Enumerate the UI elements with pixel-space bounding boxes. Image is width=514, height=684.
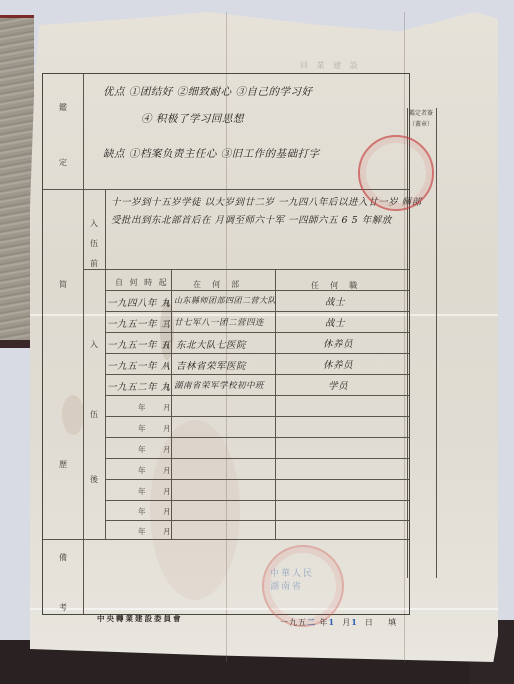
- row-start: 一九五二年 九: [107, 379, 171, 393]
- row-unit: 湖南省荣军学校初中班: [174, 379, 264, 391]
- row-unit: 山东縣师团部四团二营大队: [174, 295, 276, 306]
- appraisal-line: 缺点 ①档案负责主任心 ③旧工作的基础打字: [103, 146, 320, 161]
- book-edge: [0, 340, 30, 348]
- row-start: 一九五一年 五: [107, 337, 171, 351]
- after-enlistment-label-bottom: 後: [90, 474, 98, 485]
- appraiser-signature-header: 鑑定者簽 （蓋章）: [404, 108, 438, 130]
- after-enlistment-label-mid: 伍: [90, 409, 98, 420]
- row-position: 战士: [325, 315, 345, 329]
- column-header-unit: 在 何 部: [193, 279, 241, 290]
- row-position: 休养员: [323, 336, 353, 350]
- appraisal-line: 优点 ①团结好 ②细致耐心 ③自己的学习好: [103, 84, 313, 99]
- before-enlistment-line: 受批出到东北部首后在 月调至师六十军 一四師六五 6 5 年解放: [111, 212, 392, 226]
- appraisal-line: ④ 积极了学习回思想: [141, 111, 244, 126]
- history-label-top: 简: [59, 279, 67, 290]
- record-form: 鑑 定 优点 ①团结好 ②细致耐心 ③自己的学习好 ④ 积极了学习回思想 缺点 …: [42, 73, 410, 615]
- row-unit: 东北大队七医院: [176, 337, 246, 351]
- row-position: 学员: [328, 378, 348, 392]
- appraisal-label-bottom: 定: [59, 157, 67, 168]
- red-official-seal: [358, 135, 434, 211]
- remarks-label-top: 備: [59, 552, 67, 563]
- row-start: 一九五一年 八: [107, 358, 171, 372]
- column-header-position: 任 何 職: [311, 280, 359, 291]
- issuing-organization: 中央轉業建設委員會: [97, 613, 183, 624]
- row-unit: 吉林省荣军医院: [176, 358, 246, 372]
- blue-seal-text: 中華人民湖南省: [270, 568, 314, 594]
- appraisal-label-top: 鑑: [59, 102, 67, 113]
- remarks-label-bottom: 考: [59, 602, 67, 613]
- row-start: 一九五一年 二: [107, 316, 171, 330]
- row-position: 休养员: [323, 357, 353, 371]
- issue-date: 一九五二 年1 月1 日 填: [280, 617, 397, 628]
- row-unit: 廿七军八一团二营四连: [174, 316, 264, 328]
- column-header-start: 自 何 時 起: [115, 277, 169, 288]
- history-label-bottom: 歷: [59, 459, 67, 470]
- before-enlistment-label: 入伍前: [90, 214, 100, 274]
- book-cover: [0, 15, 34, 348]
- faded-header: 回 業 建 設: [300, 60, 361, 71]
- row-start: 一九四八年 九: [107, 295, 171, 309]
- after-enlistment-label-top: 入: [90, 339, 98, 350]
- row-position: 战士: [325, 294, 345, 308]
